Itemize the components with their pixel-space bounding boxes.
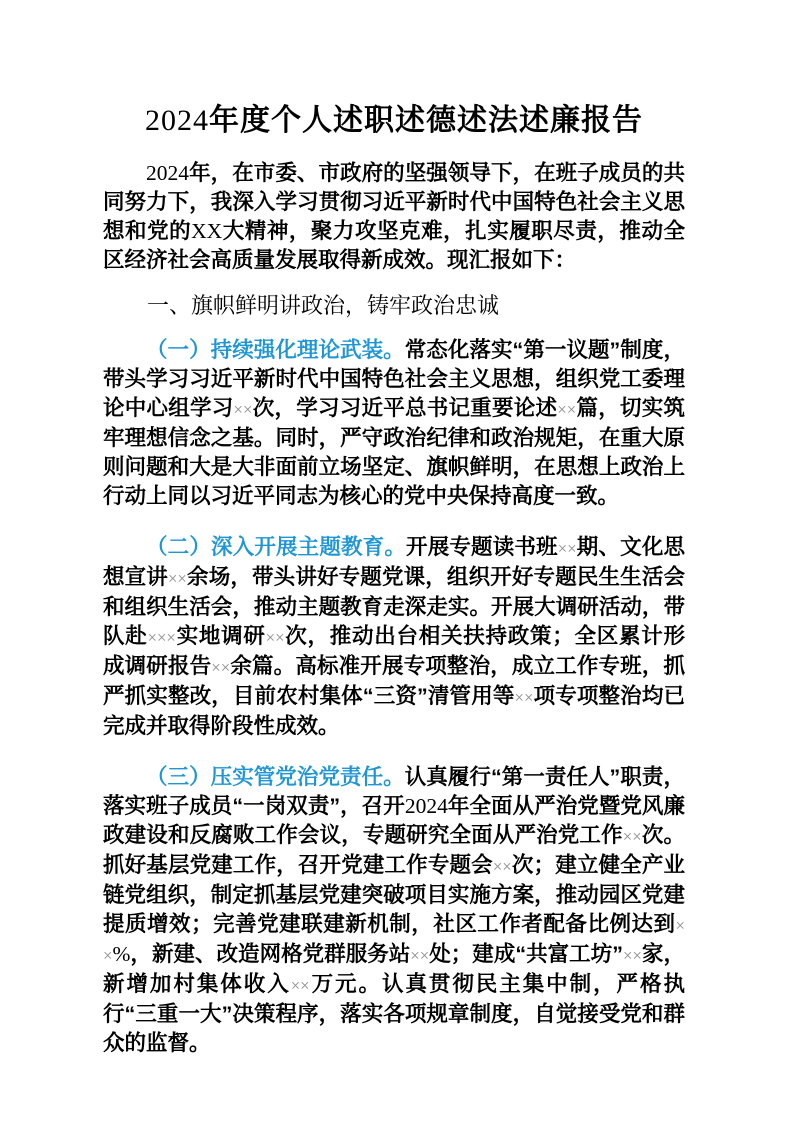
placeholder-mark: ×× — [623, 827, 642, 846]
placeholder-mark: ×× — [410, 946, 429, 965]
latin-text: 2024 — [146, 161, 189, 185]
placeholder-mark: ×× — [103, 916, 685, 965]
subsection-2-lead: （二）深入开展主题教育。 — [146, 535, 406, 559]
placeholder-mark: ×× — [558, 539, 577, 558]
subsection-1-lead: （一）持续强化理论武装。 — [146, 338, 405, 362]
placeholder-mark: ×× — [623, 946, 642, 965]
latin-text: 2024 — [145, 104, 209, 137]
section-heading: 一、旗帜鲜明讲政治，铸牢政治忠诚 — [103, 291, 685, 320]
subsection-3-paragraph: （三）压实管党治党责任。认真履行“第一责任人”职责，落实班子成员“一岗双责”，召… — [103, 763, 685, 1058]
subsection-2-body: 开展专题读书班××期、文化思想宣讲××余场，带头讲好专题党课，组织开好专题民生生… — [103, 535, 685, 738]
placeholder-mark: ×× — [234, 400, 253, 419]
placeholder-mark: ××× — [148, 628, 176, 647]
latin-text: XX — [191, 219, 222, 243]
placeholder-mark: ×× — [168, 569, 187, 588]
subsection-1-body: 常态化落实“第一议题”制度，带头学习习近平新时代中国特色社会主义思想，组织党工委… — [103, 338, 685, 508]
placeholder-mark: ×× — [291, 976, 310, 995]
placeholder-mark: ×× — [515, 688, 534, 707]
subsection-1-paragraph: （一）持续强化理论武装。常态化落实“第一议题”制度，带头学习习近平新时代中国特色… — [103, 336, 685, 511]
subsection-3-lead: （三）压实管党治党责任。 — [146, 765, 405, 789]
latin-text: 2024 — [405, 794, 448, 818]
subsection-3-body: 认真履行“第一责任人”职责，落实班子成员“一岗双责”，召开2024年全面从严治党… — [103, 765, 685, 1055]
placeholder-mark: ×× — [266, 628, 285, 647]
document-page: 2024年度个人述职述德述法述廉报告 2024年，在市委、市政府的坚强领导下，在… — [0, 0, 800, 1131]
placeholder-mark: ×× — [211, 658, 230, 677]
subsection-2-paragraph: （二）深入开展主题教育。开展专题读书班××期、文化思想宣讲××余场，带头讲好专题… — [103, 533, 685, 741]
page-title: 2024年度个人述职述德述法述廉报告 — [103, 100, 685, 142]
placeholder-mark: ×× — [557, 400, 576, 419]
placeholder-mark: ×× — [493, 857, 512, 876]
latin-text: % — [112, 942, 130, 966]
intro-paragraph: 2024年，在市委、市政府的坚强领导下，在班子成员的共同努力下，我深入学习贯彻习… — [103, 159, 685, 275]
